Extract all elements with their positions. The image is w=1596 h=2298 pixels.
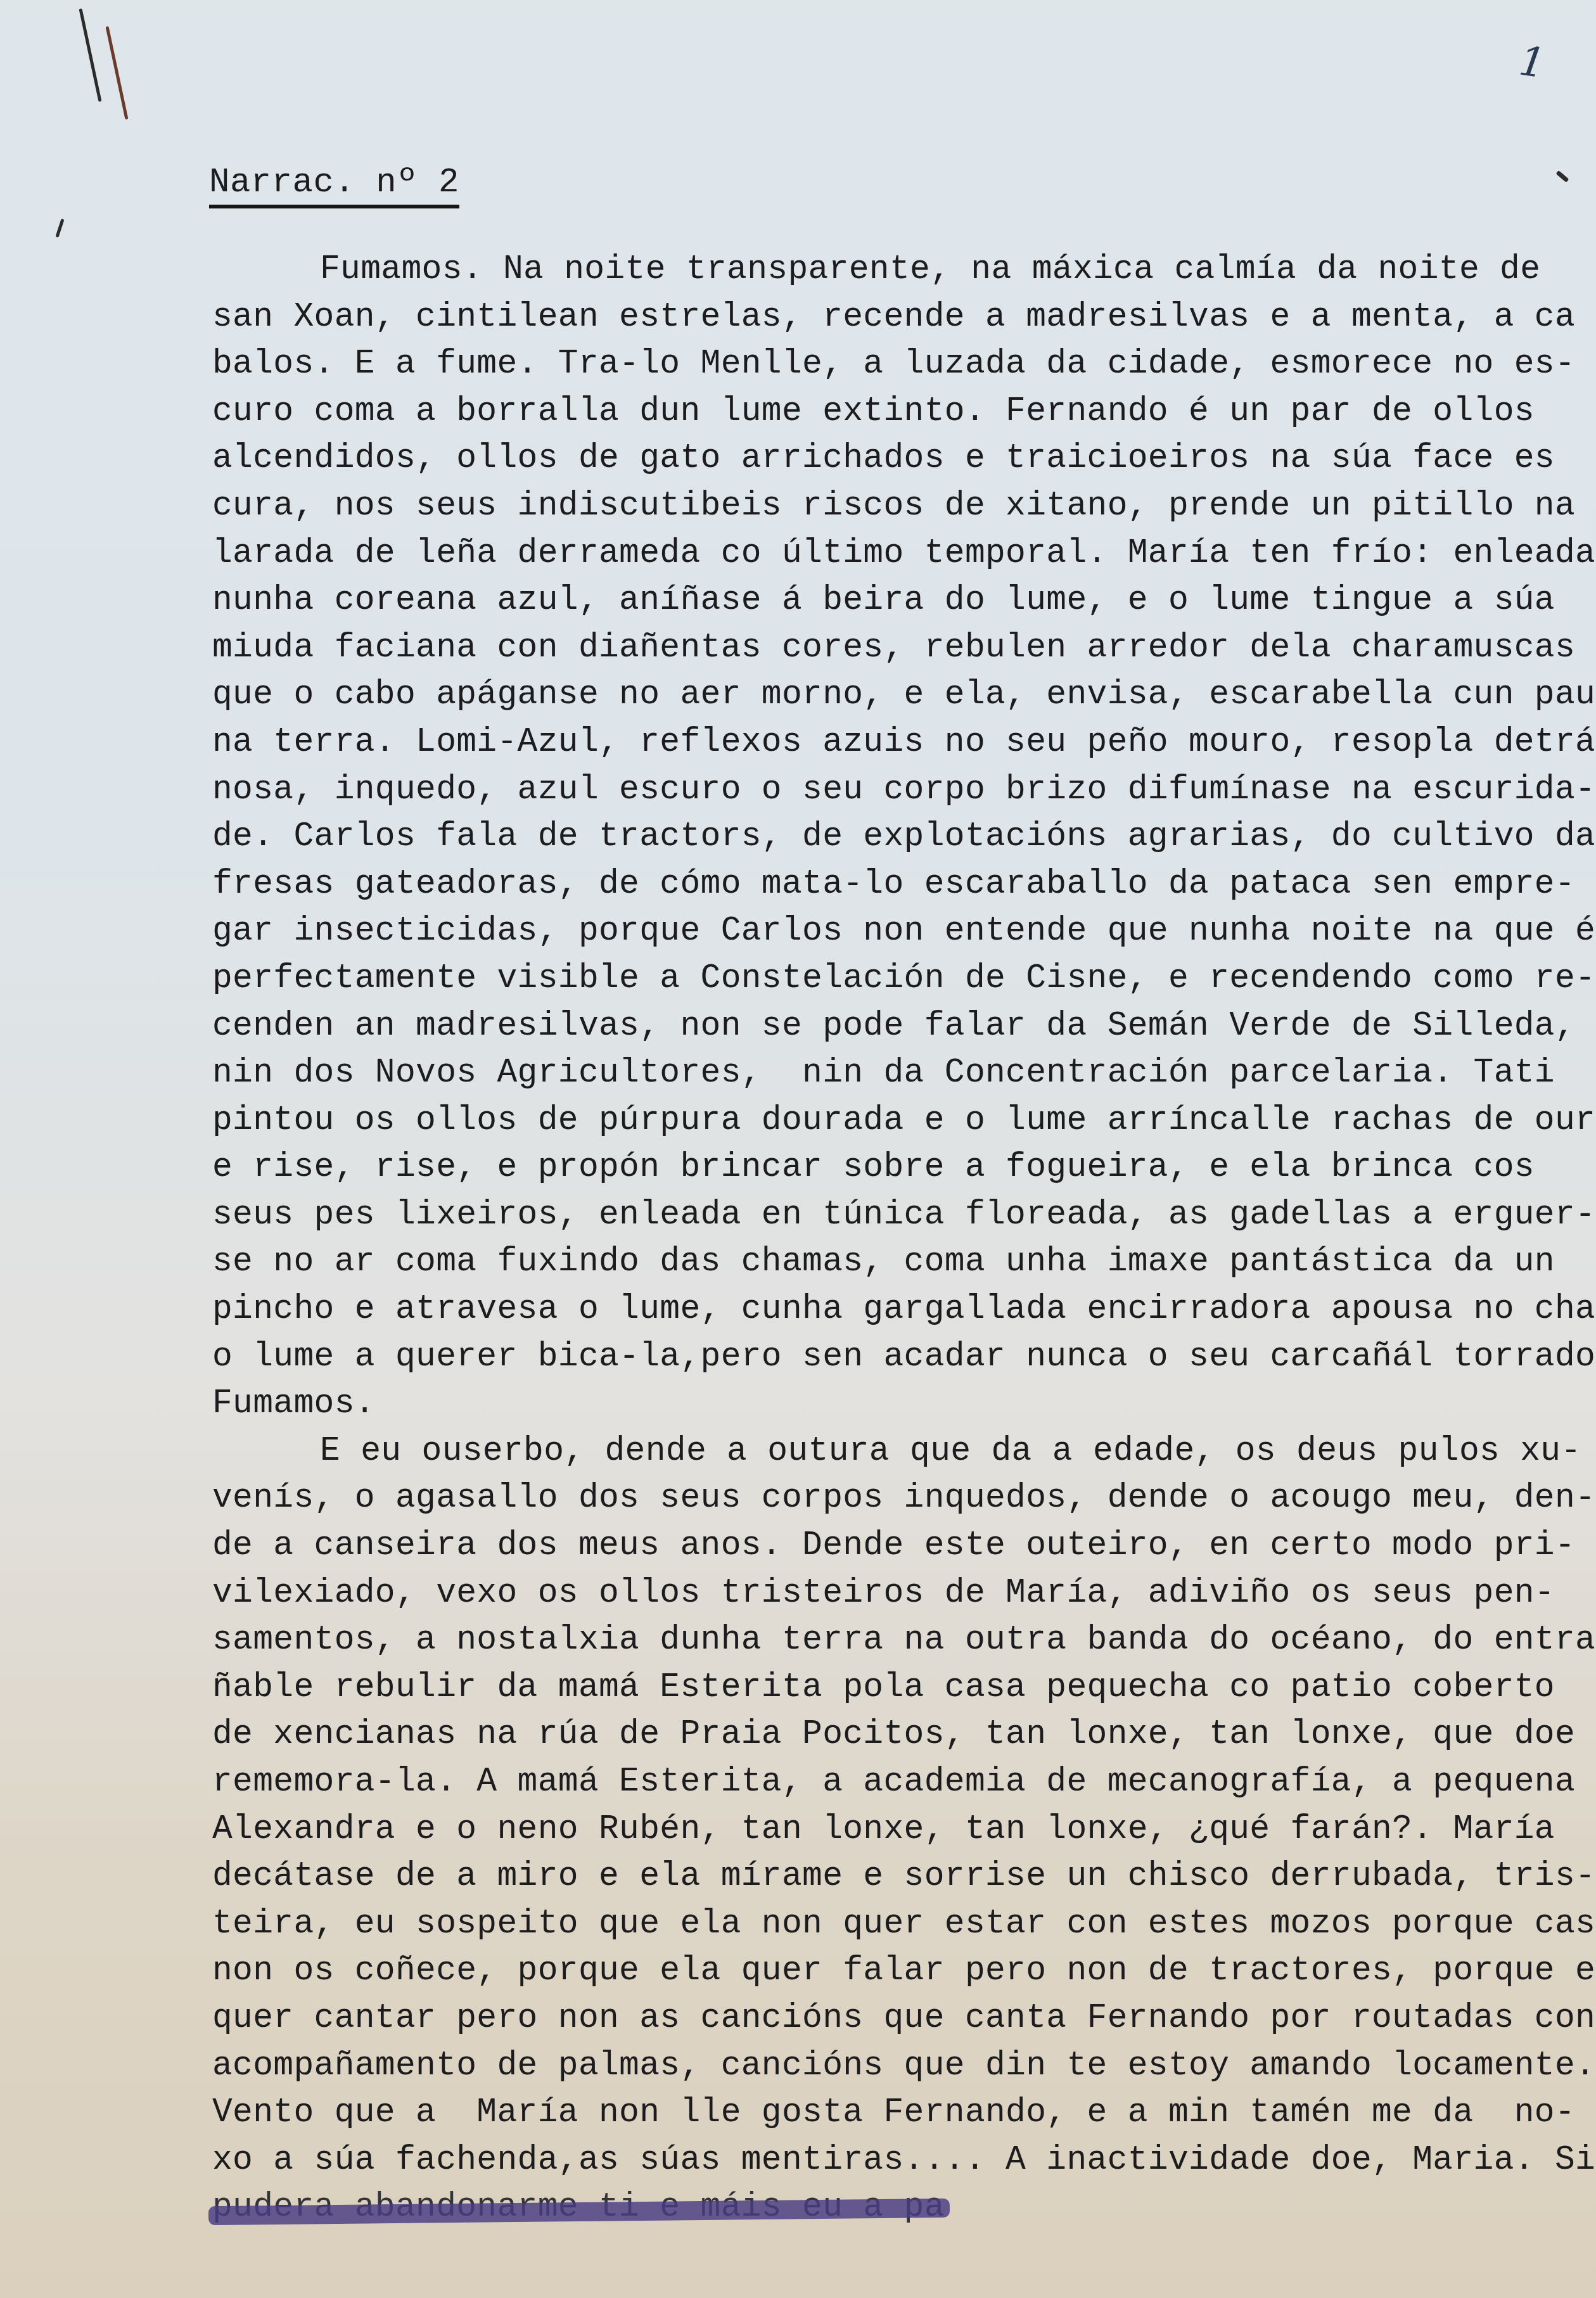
text-line: seus pes lixeiros, enleada en túnica flo… [212, 1191, 1555, 1239]
text-line: non os coñece, porque ela quer falar per… [212, 1947, 1555, 1995]
text-line: se no ar coma fuxindo das chamas, coma u… [212, 1238, 1555, 1286]
text-line: fresas gateadoras, de cómo mata-lo escar… [212, 860, 1555, 908]
handwritten-mark-top-left-2 [105, 26, 128, 120]
text-line: de. Carlos fala de tractors, de explotac… [212, 813, 1555, 860]
text-line: cura, nos seus indiscutibeis riscos de x… [212, 482, 1555, 530]
handwritten-page-number: 1 [1516, 38, 1548, 88]
text-line: balos. E a fume. Tra-lo Menlle, a luzada… [212, 340, 1555, 388]
text-line: E eu ouserbo, dende a outura que da a ed… [212, 1427, 1555, 1475]
text-line: vilexiado, vexo os ollos tristeiros de M… [212, 1569, 1555, 1617]
text-line: larada de leña derrameda co último tempo… [212, 530, 1555, 577]
text-line: nunha coreana azul, aníñase á beira do l… [212, 577, 1555, 624]
text-line: samentos, a nostalxia dunha terra na out… [212, 1616, 1555, 1664]
text-line: e rise, rise, e propón brincar sobre a f… [212, 1144, 1555, 1191]
text-line: decátase de a miro e ela mírame e sorris… [212, 1853, 1555, 1900]
text-line: ñable rebulir da mamá Esterita pola casa… [212, 1664, 1555, 1711]
text-line: quer cantar pero non as cancións que can… [212, 1995, 1555, 2042]
text-line: acompañamento de palmas, cancións que di… [212, 2042, 1555, 2090]
text-line: teira, eu sospeito que ela non quer esta… [212, 1900, 1555, 1948]
text-line: pincho e atravesa o lume, cunha gargalla… [212, 1286, 1555, 1333]
text-line: cenden an madresilvas, non se pode falar… [212, 1002, 1555, 1050]
text-line: miuda faciana con diañentas cores, rebul… [212, 624, 1555, 672]
text-line: que o cabo apáganse no aer morno, e ela,… [212, 671, 1555, 718]
text-line: perfectamente visible a Constelación de … [212, 955, 1555, 1002]
text-line: venís, o agasallo dos seus corpos inqued… [212, 1474, 1555, 1522]
text-line: nin dos Novos Agricultores, nin da Conce… [212, 1049, 1555, 1097]
struck-through-line: pudera abandonarme ti e máis eu a pa [212, 2183, 1555, 2231]
text-line: Fumamos. Na noite transparente, na máxic… [212, 246, 1555, 293]
text-line: o lume a querer bica-la,pero sen acadar … [212, 1333, 1555, 1381]
typewritten-body: Fumamos. Na noite transparente, na máxic… [212, 246, 1555, 2231]
margin-tick-mark-right [1555, 170, 1569, 183]
text-line: gar insecticidas, porque Carlos non ente… [212, 907, 1555, 955]
text-line: alcendidos, ollos de gato arrichados e t… [212, 435, 1555, 482]
text-line: Vento que a María non lle gosta Fernando… [212, 2089, 1555, 2136]
text-line: de xencianas na rúa de Praia Pocitos, ta… [212, 1711, 1555, 1758]
text-line: de a canseira dos meus anos. Dende este … [212, 1522, 1555, 1569]
text-line: na terra. Lomi-Azul, reflexos azuis no s… [212, 718, 1555, 766]
text-line: san Xoan, cintilean estrelas, recende a … [212, 293, 1555, 341]
text-line: pintou os ollos de púrpura dourada e o l… [212, 1097, 1555, 1144]
crossed-out-text: pudera abandonarme ti e máis eu a pa [212, 2183, 945, 2231]
scanned-document-page: 1 Narrac. nº 2 Fumamos. Na noite transpa… [0, 0, 1596, 2298]
text-line: xo a súa fachenda,as súas mentiras.... A… [212, 2136, 1555, 2184]
text-line: curo coma a borralla dun lume extinto. F… [212, 388, 1555, 435]
text-line: Alexandra e o neno Rubén, tan lonxe, tan… [212, 1806, 1555, 1853]
text-line: nosa, inquedo, azul escuro o seu corpo b… [212, 766, 1555, 814]
handwritten-mark-top-left [79, 8, 101, 102]
text-line: Fumamos. [212, 1380, 1555, 1427]
margin-tick-mark [55, 219, 64, 238]
document-title: Narrac. nº 2 [209, 163, 459, 208]
text-line: rememora-la. A mamá Esterita, a academia… [212, 1758, 1555, 1806]
